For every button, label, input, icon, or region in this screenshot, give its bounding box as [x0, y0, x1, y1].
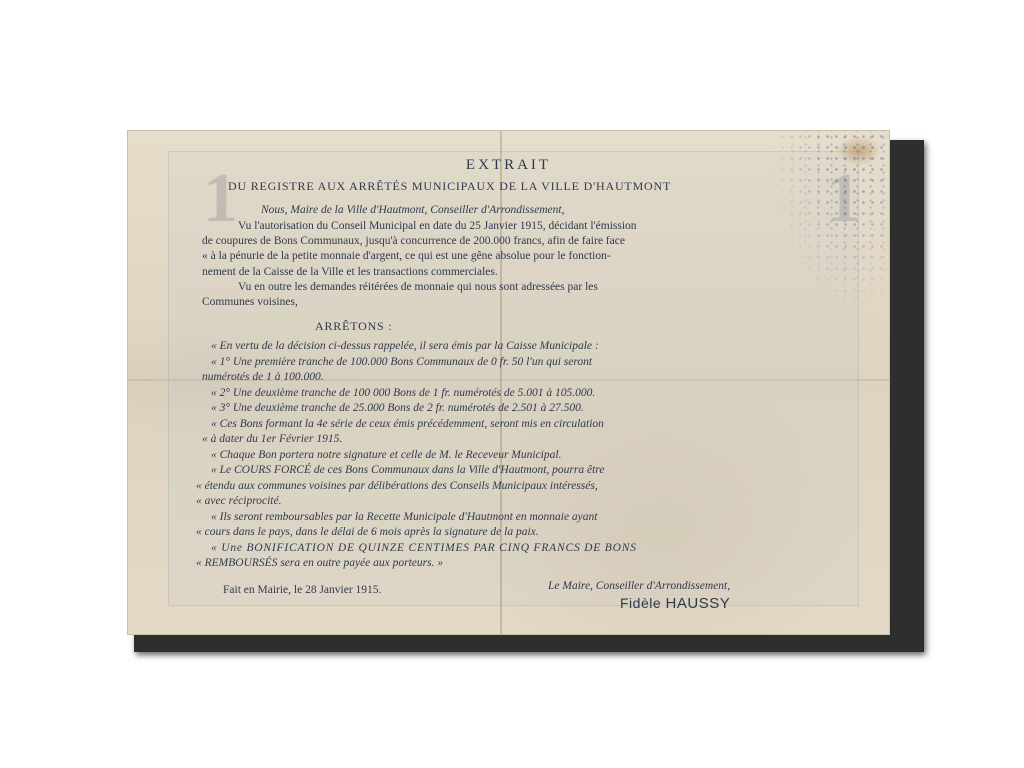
banknote-reverse: 1 1 EXTRAIT DU REGISTRE AUX ARRÊTÉS MUNI…	[127, 130, 890, 635]
date-place-line: Fait en Mairie, le 28 Janvier 1915.	[223, 583, 381, 598]
considerant-line: Vu en outre les demandes réitérées de mo…	[238, 280, 598, 295]
article-line: « En vertu de la décision ci-dessus rapp…	[211, 339, 599, 354]
signatory-name: Fidèle HAUSSY	[620, 595, 730, 612]
article-line: « étendu aux communes voisines par délib…	[196, 479, 598, 494]
article-line: « Ils seront remboursables par la Recett…	[211, 510, 597, 525]
article-line: « avec réciprocité.	[196, 494, 281, 509]
article-line: numérotés de 1 à 100.000.	[202, 370, 324, 385]
signatory-last-name: HAUSSY	[666, 595, 731, 612]
article-line: « cours dans le pays, dans le délai de 6…	[196, 525, 539, 540]
arretons-heading: ARRÊTONS :	[315, 319, 392, 334]
signatory-title: Le Maire, Conseiller d'Arrondissement,	[548, 579, 730, 594]
article-line: « 1° Une première tranche de 100.000 Bon…	[211, 355, 592, 370]
article-line: « Chaque Bon portera notre signature et …	[211, 448, 561, 463]
article-line: « 3° Une deuxième tranche de 25.000 Bons…	[211, 401, 584, 416]
article-line: « Ces Bons formant la 4e série de ceux é…	[211, 417, 604, 432]
signatory-first-name: Fidèle	[620, 595, 661, 611]
article-line: « à dater du 1er Février 1915.	[202, 432, 342, 447]
considerant-line: « à la pénurie de la petite monnaie d'ar…	[202, 249, 611, 264]
article-line: « Le COURS FORCÉ de ces Bons Communaux d…	[211, 463, 604, 478]
article-line: « 2° Une deuxième tranche de 100 000 Bon…	[211, 386, 595, 401]
bonification-line: « Une BONIFICATION DE QUINZE CENTIMES PA…	[211, 541, 637, 556]
intro-line: Nous, Maire de la Ville d'Hautmont, Cons…	[261, 203, 564, 218]
document-title: EXTRAIT	[128, 157, 889, 174]
bonification-line: « REMBOURSÉS sera en outre payée aux por…	[196, 556, 443, 571]
considerant-line: de coupures de Bons Communaux, jusqu'à c…	[202, 234, 625, 249]
considerant-line: nement de la Caisse de la Ville et les t…	[202, 265, 498, 280]
considerant-line: Communes voisines,	[202, 295, 298, 310]
considerant-line: Vu l'autorisation du Conseil Municipal e…	[238, 219, 637, 234]
document-subtitle: DU REGISTRE AUX ARRÊTÉS MUNICIPAUX DE LA…	[228, 179, 671, 194]
